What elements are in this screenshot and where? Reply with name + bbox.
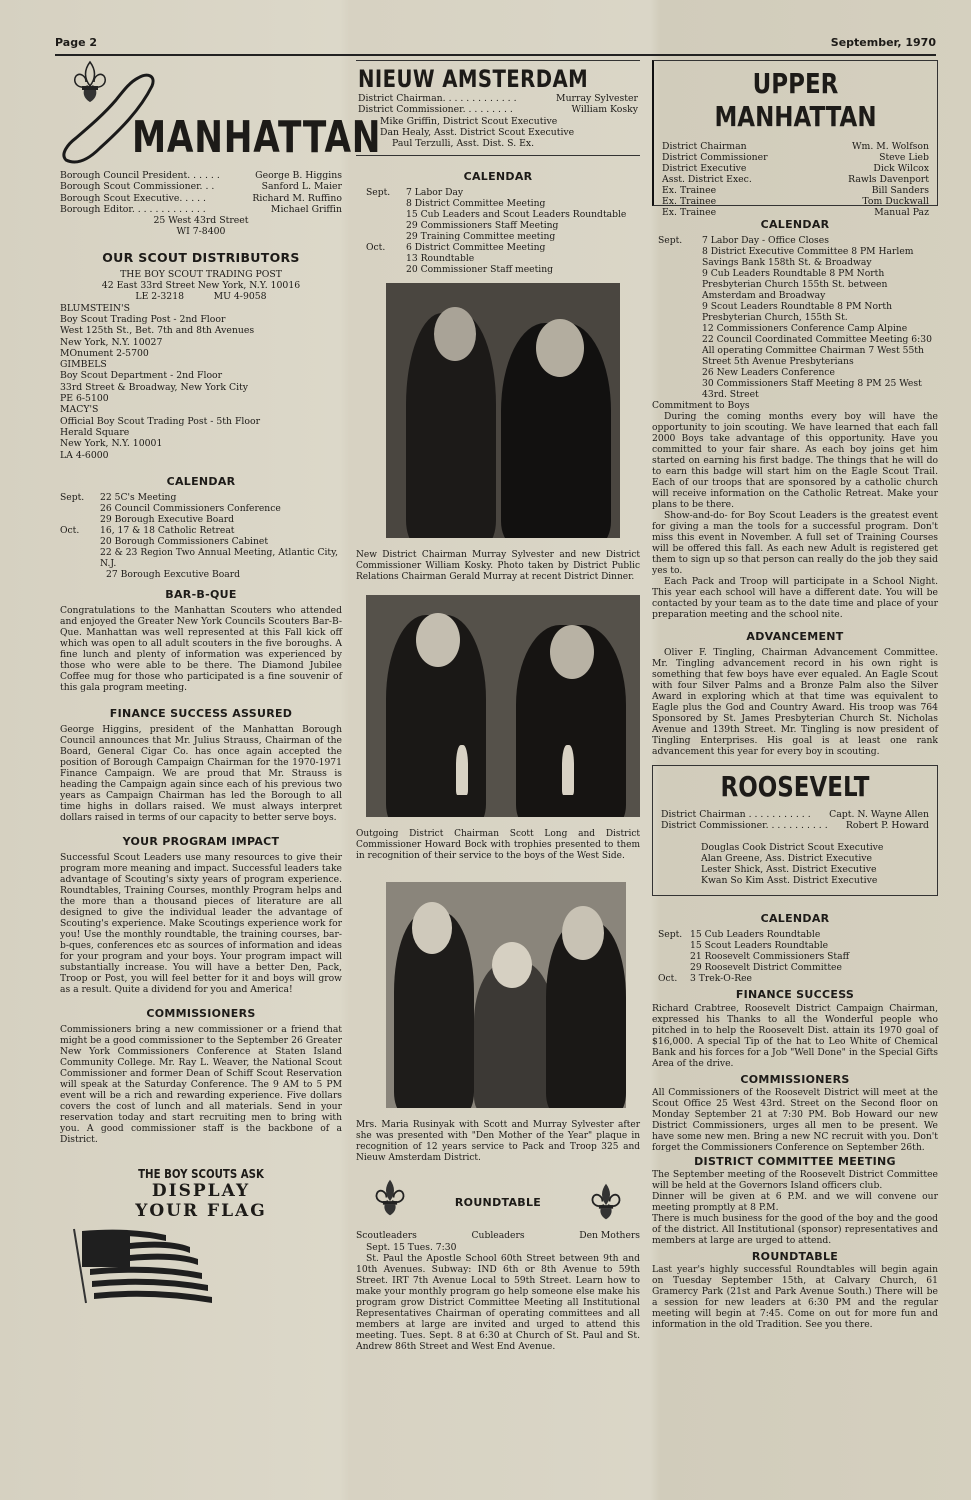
calendar-month [658, 367, 702, 378]
store-line: Boy Scout Department - 2nd Floor [60, 370, 342, 381]
calendar-heading: CALENDAR [60, 475, 342, 488]
calendar-heading: CALENDAR [652, 218, 938, 231]
store-line: BLUMSTEIN'S [60, 303, 342, 314]
finance-heading: FINANCE SUCCESS ASSURED [60, 707, 342, 720]
store-line: GIMBELS [60, 359, 342, 370]
calendar-row: 9 Scout Leaders Roundtable 8 PM North Pr… [658, 301, 938, 323]
calendar-month [366, 231, 406, 242]
calendar-event: 9 Cub Leaders Roundtable 8 PM North Pres… [702, 268, 938, 301]
calendar-month [658, 951, 690, 962]
calendar-event: 12 Commissioners Conference Camp Alpine [702, 323, 938, 334]
officer-row: District Chairman . . . . . . . . . . .C… [661, 809, 929, 820]
flag-ad-line1: THE BOY SCOUTS ASK [81, 1167, 321, 1181]
calendar-row: 22 & 23 Region Two Annual Meeting, Atlan… [60, 547, 342, 569]
calendar-event: 27 Borough Eexcutive Board [100, 569, 342, 580]
newspaper-page: Page 2 September, 1970 MANHATTAN Borough… [0, 0, 971, 1500]
photo-caption: New District Chairman Murray Sylvester a… [356, 550, 640, 583]
officer-name: Bill Sanders [848, 185, 929, 196]
calendar-month [366, 253, 406, 264]
calendar-month: Sept. [658, 929, 690, 940]
store-line: Official Boy Scout Trading Post - 5th Fl… [60, 416, 342, 427]
calendar-event: 6 District Committee Meeting [406, 242, 640, 253]
roundtable-audience: Scoutleaders Cubleaders Den Mothers [356, 1230, 640, 1241]
fleur-de-lis-icon [70, 60, 110, 105]
calendar-row: 29 Training Committee meeting [366, 231, 640, 242]
distributor-line: THE BOY SCOUT TRADING POST [60, 269, 342, 280]
staff-line: Dan Healy, Asst. District Scout Executiv… [358, 127, 638, 138]
calendar-month: Sept. [60, 492, 100, 503]
calendar-event: 29 Commissioners Staff Meeting [406, 220, 640, 231]
calendar-month: Oct. [60, 525, 100, 536]
calendar-row: 13 Roundtable [366, 253, 640, 264]
roundtable-header: ROUNDTABLE [356, 1174, 640, 1230]
officer-name: Steve Lieb [848, 152, 929, 163]
district-committee-heading: DISTRICT COMMITTEE MEETING [652, 1155, 938, 1168]
manhattan-calendar: Sept.22 5C's Meeting 26 Council Commissi… [60, 492, 342, 580]
upper-manhattan-title: UPPER MANHATTAN [686, 67, 905, 133]
program-impact-heading: YOUR PROGRAM IMPACT [60, 835, 342, 848]
calendar-month [658, 962, 690, 973]
roosevelt-finance-article: Richard Crabtree, Roosevelt District Cam… [652, 1003, 938, 1069]
calendar-row: 20 Borough Commissioners Cabinet [60, 536, 342, 547]
calendar-row: 20 Commissioner Staff meeting [366, 264, 640, 275]
officer-row: Borough Editor. . . . . . . . . . . . .M… [60, 204, 342, 215]
commitment-heading: Commitment to Boys [652, 400, 938, 411]
roosevelt-masthead: ROOSEVELT District Chairman . . . . . . … [652, 765, 938, 896]
american-flag-icon [70, 1225, 220, 1305]
calendar-event: 15 Cub Leaders Roundtable [690, 929, 938, 940]
calendar-row: Sept.22 5C's Meeting [60, 492, 342, 503]
roosevelt-finance-heading: FINANCE SUCCESS [652, 988, 938, 1001]
officer-row: District Commissioner. . . . . . . . .Wi… [358, 104, 638, 115]
calendar-row: 12 Commissioners Conference Camp Alpine [658, 323, 938, 334]
officer-name: Wm. M. Wolfson [848, 141, 929, 152]
officer-name: Richard M. Ruffino [252, 193, 342, 204]
store-line: PE 6-5100 [60, 393, 342, 404]
staff-line: Alan Greene, Ass. District Executive [701, 853, 929, 864]
calendar-row: 30 Commissioners Staff Meeting 8 PM 25 W… [658, 378, 938, 400]
manhattan-title: MANHATTAN [132, 112, 381, 163]
calendar-month [658, 378, 702, 400]
calendar-row: 9 Cub Leaders Roundtable 8 PM North Pres… [658, 268, 938, 301]
page-number: Page 2 [55, 36, 97, 49]
distributor-stores: BLUMSTEIN'S Boy Scout Trading Post - 2nd… [60, 303, 342, 461]
officer-role: Ex. Trainee [662, 196, 768, 207]
photo-long-bock-trophies [366, 595, 640, 817]
officer-role: Asst. District Exec. [662, 174, 768, 185]
calendar-event: 3 Trek-O-Ree [690, 973, 938, 984]
calendar-month [60, 536, 100, 547]
issue-date: September, 1970 [831, 36, 936, 49]
officer-role: Borough Scout Executive. . . . . [60, 193, 206, 204]
commissioners-heading: COMMISSIONERS [60, 1007, 342, 1020]
roosevelt-title: ROOSEVELT [685, 770, 905, 803]
manhattan-column: MANHATTAN Borough Council President. . .… [60, 60, 342, 1305]
calendar-event: 29 Training Committee meeting [406, 231, 640, 242]
fleur-de-lis-icon [588, 1182, 624, 1222]
calendar-event: 29 Borough Executive Board [100, 514, 342, 525]
borough-phone: WI 7-8400 [60, 226, 342, 237]
calendar-event: 7 Labor Day [406, 187, 640, 198]
committee-paragraph: The September meeting of the Roosevelt D… [652, 1169, 938, 1191]
officer-name: Rawls Davenport [848, 174, 929, 185]
nieuw-amsterdam-masthead: NIEUW AMSTERDAM District Chairman. . . .… [356, 60, 640, 156]
calendar-row: Sept.7 Labor Day - Office Closes [658, 235, 938, 246]
roosevelt-commissioners-heading: COMMISSIONERS [652, 1073, 938, 1086]
nieuw-amsterdam-title: NIEUW AMSTERDAM [358, 65, 588, 93]
calendar-row: 29 Commissioners Staff Meeting [366, 220, 640, 231]
officer-name: Dick Wilcox [848, 163, 929, 174]
calendar-event: 20 Commissioner Staff meeting [406, 264, 640, 275]
flag-ad-line2: DISPLAY [60, 1181, 342, 1201]
calendar-month: Sept. [658, 235, 702, 246]
calendar-month: Oct. [658, 973, 690, 984]
distributors-heading: OUR SCOUT DISTRIBUTORS [60, 250, 342, 265]
committee-paragraph: There is much business for the good of t… [652, 1213, 938, 1246]
calendar-row: Sept.15 Cub Leaders Roundtable [658, 929, 938, 940]
calendar-event: 29 Roosevelt District Committee [690, 962, 938, 973]
store-line: MACY'S [60, 404, 342, 415]
calendar-month [366, 198, 406, 209]
commitment-paragraph: Each Pack and Troop will participate in … [652, 576, 938, 620]
audience-label: Den Mothers [579, 1230, 640, 1241]
officer-role: Borough Editor. . . . . . . . . . . . . [60, 204, 206, 215]
photo-caption: Outgoing District Chairman Scott Long an… [356, 829, 640, 862]
distributor-line: 42 East 33rd Street New York, N.Y. 10016 [60, 280, 342, 291]
calendar-event: 30 Commissioners Staff Meeting 8 PM 25 W… [702, 378, 938, 400]
distributor-line: LE 2-3218 MU 4-9058 [60, 291, 342, 302]
photo-den-mother-award [386, 882, 626, 1108]
store-line: West 125th St., Bet. 7th and 8th Avenues [60, 325, 342, 336]
store-line: New York, N.Y. 10001 [60, 438, 342, 449]
barbque-article: Congratulations to the Manhattan Scouter… [60, 605, 342, 693]
calendar-month [60, 503, 100, 514]
manhattan-masthead: MANHATTAN [60, 60, 342, 170]
calendar-heading: CALENDAR [356, 170, 640, 183]
calendar-event: 22 Council Coordinated Committee Meeting… [702, 334, 938, 367]
roosevelt-commissioners-article: All Commissioners of the Roosevelt Distr… [652, 1087, 938, 1153]
photo-caption: Mrs. Maria Rusinyak with Scott and Murra… [356, 1120, 640, 1164]
calendar-heading: CALENDAR [652, 912, 938, 925]
calendar-event: 9 Scout Leaders Roundtable 8 PM North Pr… [702, 301, 938, 323]
calendar-row: 22 Council Coordinated Committee Meeting… [658, 334, 938, 367]
officer-role: District Executive [662, 163, 768, 174]
officer-role: District Chairman . . . . . . . . . . . [661, 809, 811, 820]
calendar-month [658, 323, 702, 334]
officer-name: Manual Paz [848, 207, 929, 218]
officer-row: District Commissioner. . . . . . . . . .… [661, 820, 929, 831]
calendar-event: 20 Borough Commissioners Cabinet [100, 536, 342, 547]
upper-manhattan-calendar: Sept.7 Labor Day - Office Closes 8 Distr… [652, 235, 938, 400]
calendar-event: 13 Roundtable [406, 253, 640, 264]
calendar-month [658, 268, 702, 301]
calendar-row: 15 Cub Leaders and Scout Leaders Roundta… [366, 209, 640, 220]
staff-line: Kwan So Kim Asst. District Executive [701, 875, 929, 886]
officer-name: Tom Duckwall [848, 196, 929, 207]
calendar-month [366, 264, 406, 275]
calendar-row: 15 Scout Leaders Roundtable [658, 940, 938, 951]
officer-role: District Chairman. . . . . . . . . . . .… [358, 93, 517, 104]
commitment-paragraph: Show-and-do- for Boy Scout Leaders is th… [652, 510, 938, 576]
calendar-event: 15 Scout Leaders Roundtable [690, 940, 938, 951]
audience-label: Cubleaders [472, 1230, 525, 1241]
officer-row: District Chairman. . . . . . . . . . . .… [358, 93, 638, 104]
photo-sylvester-kosky [386, 283, 620, 538]
store-line: Herald Square [60, 427, 342, 438]
upper-manhattan-masthead: UPPER MANHATTAN District Chairman Distri… [652, 60, 938, 206]
calendar-row: 8 District Committee Meeting [366, 198, 640, 209]
upper-manhattan-officers: District Chairman District Commissioner … [662, 141, 929, 218]
nieuw-amsterdam-calendar: Sept.7 Labor Day 8 District Committee Me… [356, 187, 640, 275]
advancement-article: Oliver F. Tingling, Chairman Advancement… [652, 647, 938, 757]
roosevelt-calendar: Sept.15 Cub Leaders Roundtable 15 Scout … [652, 929, 938, 984]
calendar-row: Oct.16, 17 & 18 Catholic Retreat [60, 525, 342, 536]
audience-label: Scoutleaders [356, 1230, 417, 1241]
calendar-event: 7 Labor Day - Office Closes [702, 235, 938, 246]
officer-role: Ex. Trainee [662, 185, 768, 196]
officer-role: District Commissioner. . . . . . . . . [358, 104, 513, 115]
calendar-month [658, 334, 702, 367]
officer-name: Sanford L. Maier [262, 181, 342, 192]
calendar-event: 8 District Executive Committee 8 PM Harl… [702, 246, 938, 268]
officer-name: Michael Griffin [271, 204, 342, 215]
advancement-heading: ADVANCEMENT [652, 630, 938, 643]
borough-officers: Borough Council President. . . . . .Geor… [60, 170, 342, 238]
officer-role: Ex. Trainee [662, 207, 768, 218]
commitment-paragraph: During the coming months every boy will … [652, 411, 938, 510]
officer-role: District Chairman [662, 141, 768, 152]
calendar-row: 29 Roosevelt District Committee [658, 962, 938, 973]
calendar-event: 22 5C's Meeting [100, 492, 342, 503]
store-line: Boy Scout Trading Post - 2nd Floor [60, 314, 342, 325]
staff-line: Paul Terzulli, Asst. Dist. S. Ex. [358, 138, 638, 149]
display-flag-ad: THE BOY SCOUTS ASK DISPLAY YOUR FLAG [60, 1167, 342, 1305]
barbque-heading: BAR-B-QUE [60, 588, 342, 601]
officer-row: Borough Council President. . . . . .Geor… [60, 170, 342, 181]
calendar-month [60, 547, 100, 569]
calendar-event: 16, 17 & 18 Catholic Retreat [100, 525, 342, 536]
store-line: 33rd Street & Broadway, New York City [60, 382, 342, 393]
officer-row: Borough Scout Executive. . . . .Richard … [60, 193, 342, 204]
officer-name: Capt. N. Wayne Allen [829, 809, 929, 820]
finance-article: George Higgins, president of the Manhatt… [60, 724, 342, 823]
flag-ad-line3: YOUR FLAG [60, 1201, 342, 1221]
roosevelt-roundtable-heading: ROUNDTABLE [652, 1250, 938, 1263]
calendar-month: Oct. [366, 242, 406, 253]
calendar-row: 21 Roosevelt Commissioners Staff [658, 951, 938, 962]
calendar-row: 8 District Executive Committee 8 PM Harl… [658, 246, 938, 268]
calendar-event: 21 Roosevelt Commissioners Staff [690, 951, 938, 962]
roundtable-date: Sept. 15 Tues. 7:30 [356, 1242, 640, 1253]
calendar-month [366, 209, 406, 220]
page-header-rule: Page 2 September, 1970 [55, 36, 936, 56]
nieuw-amsterdam-column: NIEUW AMSTERDAM District Chairman. . . .… [356, 60, 640, 1352]
officer-role: Borough Scout Commissioner. . . [60, 181, 214, 192]
calendar-row: Sept.7 Labor Day [366, 187, 640, 198]
store-line: New York, N.Y. 10027 [60, 337, 342, 348]
officer-role: Borough Council President. . . . . . [60, 170, 220, 181]
program-impact-article: Successful Scout Leaders use many resour… [60, 852, 342, 995]
calendar-month: Sept. [366, 187, 406, 198]
calendar-event: 26 Council Commissioners Conference [100, 503, 342, 514]
officer-name: William Kosky [571, 104, 638, 115]
calendar-event: 22 & 23 Region Two Annual Meeting, Atlan… [100, 547, 342, 569]
borough-address: 25 West 43rd Street [60, 215, 342, 226]
calendar-month [658, 940, 690, 951]
calendar-row: 29 Borough Executive Board [60, 514, 342, 525]
calendar-month [658, 246, 702, 268]
officer-name: Robert P. Howard [846, 820, 929, 831]
roosevelt-roundtable-article: Last year's highly successful Roundtable… [652, 1264, 938, 1330]
commissioners-article: Commissioners bring a new commissioner o… [60, 1024, 342, 1145]
officer-name: George B. Higgins [255, 170, 342, 181]
roundtable-article: St. Paul the Apostle School 60th Street … [356, 1253, 640, 1352]
officer-role: District Commissioner. . . . . . . . . .… [661, 820, 828, 831]
calendar-event: 8 District Committee Meeting [406, 198, 640, 209]
calendar-row: Oct.6 District Committee Meeting [366, 242, 640, 253]
calendar-event: 26 New Leaders Conference [702, 367, 938, 378]
store-line: LA 4-6000 [60, 450, 342, 461]
staff-line: Douglas Cook District Scout Executive [701, 842, 929, 853]
calendar-row: 27 Borough Eexcutive Board [60, 569, 342, 580]
store-line: MOnument 2-5700 [60, 348, 342, 359]
committee-paragraph: Dinner will be given at 6 P.M. and we wi… [652, 1191, 938, 1213]
calendar-month [658, 301, 702, 323]
officer-role: District Commissioner [662, 152, 768, 163]
calendar-row: Oct.3 Trek-O-Ree [658, 973, 938, 984]
calendar-month [60, 569, 100, 580]
calendar-month [366, 220, 406, 231]
calendar-row: 26 Council Commissioners Conference [60, 503, 342, 514]
staff-line: Mike Griffin, District Scout Executive [358, 116, 638, 127]
calendar-row: 26 New Leaders Conference [658, 367, 938, 378]
officer-name: Murray Sylvester [556, 93, 638, 104]
upper-manhattan-column: UPPER MANHATTAN District Chairman Distri… [652, 60, 938, 1330]
officer-row: Borough Scout Commissioner. . .Sanford L… [60, 181, 342, 192]
staff-line: Lester Shick, Asst. District Executive [701, 864, 929, 875]
calendar-event: 15 Cub Leaders and Scout Leaders Roundta… [406, 209, 640, 220]
calendar-month [60, 514, 100, 525]
